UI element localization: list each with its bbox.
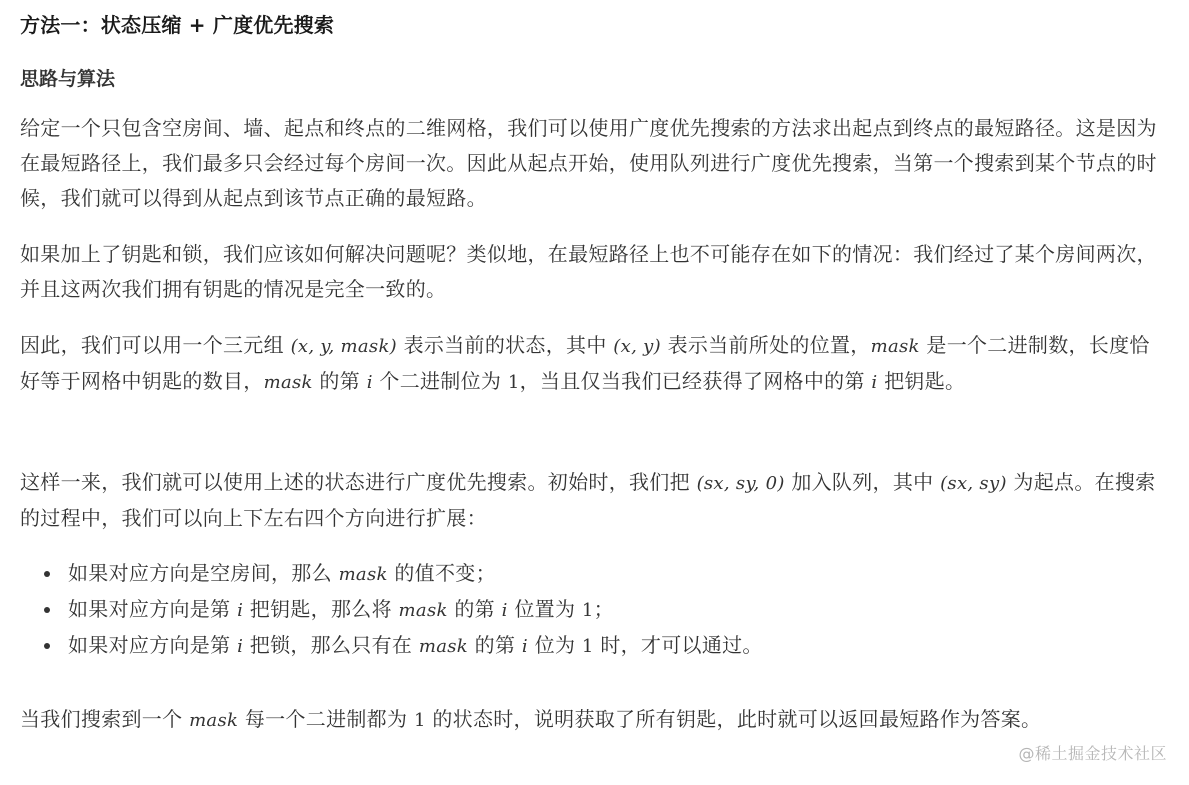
text: 的第 [448, 597, 502, 621]
text: 表示当前的状态，其中 [397, 333, 613, 357]
text: ； [594, 597, 614, 621]
math-one: 1 [414, 710, 426, 731]
watermark: @稀土掘金技术社区 [1018, 741, 1167, 764]
paragraph-bfs-process: 这样一来，我们就可以使用上述的状态进行广度优先搜索。初始时，我们把 (sx, s… [20, 465, 1165, 536]
text: 的第 [313, 369, 367, 393]
text: 如果对应方向是空房间，那么 [68, 561, 339, 585]
list-item: 如果对应方向是第 i 把钥匙，那么将 mask 的第 i 位置为 1； [20, 592, 1165, 628]
bullet-icon [44, 571, 50, 577]
paragraph-keys-locks: 如果加上了钥匙和锁，我们应该如何解决问题呢？类似地，在最短路径上也不可能存在如下… [20, 237, 1165, 307]
list-item: 如果对应方向是空房间，那么 mask 的值不变； [20, 556, 1165, 592]
math-initial-state: (sx, sy, 0) [697, 473, 785, 494]
math-one: 1 [582, 600, 594, 621]
section-subheading: 思路与算法 [20, 66, 115, 92]
paragraph-termination: 当我们搜索到一个 mask 每一个二进制都为 1 的状态时，说明获取了所有钥匙，… [20, 702, 1165, 738]
text: 因此，我们可以用一个三元组 [20, 333, 291, 357]
method-heading: 方法一：状态压缩 + 广度优先搜索 [20, 12, 334, 38]
text: 的第 [468, 633, 522, 657]
math-mask: mask [399, 600, 448, 621]
text: 的状态时，说明获取了所有钥匙，此时就可以返回最短路作为答案。 [426, 707, 1042, 731]
text: 把锁，那么只有在 [243, 633, 419, 657]
math-mask: mask [339, 564, 388, 585]
text: 如果对应方向是第 [68, 597, 237, 621]
text: 表示当前所处的位置， [661, 333, 871, 357]
text: 每一个二进制都为 [238, 707, 414, 731]
math-one: 1 [582, 636, 594, 657]
math-mask: mask [264, 372, 313, 393]
math-one: 1 [508, 372, 520, 393]
text: 加入队列，其中 [785, 470, 940, 494]
text: 位为 [528, 633, 582, 657]
math-start: (sx, sy) [940, 473, 1007, 494]
expansion-rules-list: 如果对应方向是空房间，那么 mask 的值不变； 如果对应方向是第 i 把钥匙，… [20, 556, 1165, 664]
text: 这样一来，我们就可以使用上述的状态进行广度优先搜索。初始时，我们把 [20, 470, 697, 494]
text: ，当且仅当我们已经获得了网格中的第 [520, 369, 872, 393]
paragraph-bfs-intro: 给定一个只包含空房间、墙、起点和终点的二维网格，我们可以使用广度优先搜索的方法求… [20, 111, 1165, 216]
math-mask: mask [419, 636, 468, 657]
text: 的值不变； [388, 561, 496, 585]
text: 把钥匙。 [877, 369, 965, 393]
bullet-icon [44, 607, 50, 613]
text: 时，才可以通过。 [594, 633, 763, 657]
text: 把钥匙，那么将 [243, 597, 398, 621]
math-mask: mask [189, 710, 238, 731]
math-mask: mask [871, 336, 920, 357]
text: 位置为 [508, 597, 582, 621]
list-item: 如果对应方向是第 i 把锁，那么只有在 mask 的第 i 位为 1 时，才可以… [20, 628, 1165, 664]
math-position: (x, y) [613, 336, 661, 357]
paragraph-state-definition: 因此，我们可以用一个三元组 (x, y, mask) 表示当前的状态，其中 (x… [20, 328, 1165, 400]
text: 个二进制位为 [373, 369, 508, 393]
text: 当我们搜索到一个 [20, 707, 189, 731]
math-state-tuple: (x, y, mask) [291, 336, 397, 357]
bullet-icon [44, 643, 50, 649]
text: 如果对应方向是第 [68, 633, 237, 657]
